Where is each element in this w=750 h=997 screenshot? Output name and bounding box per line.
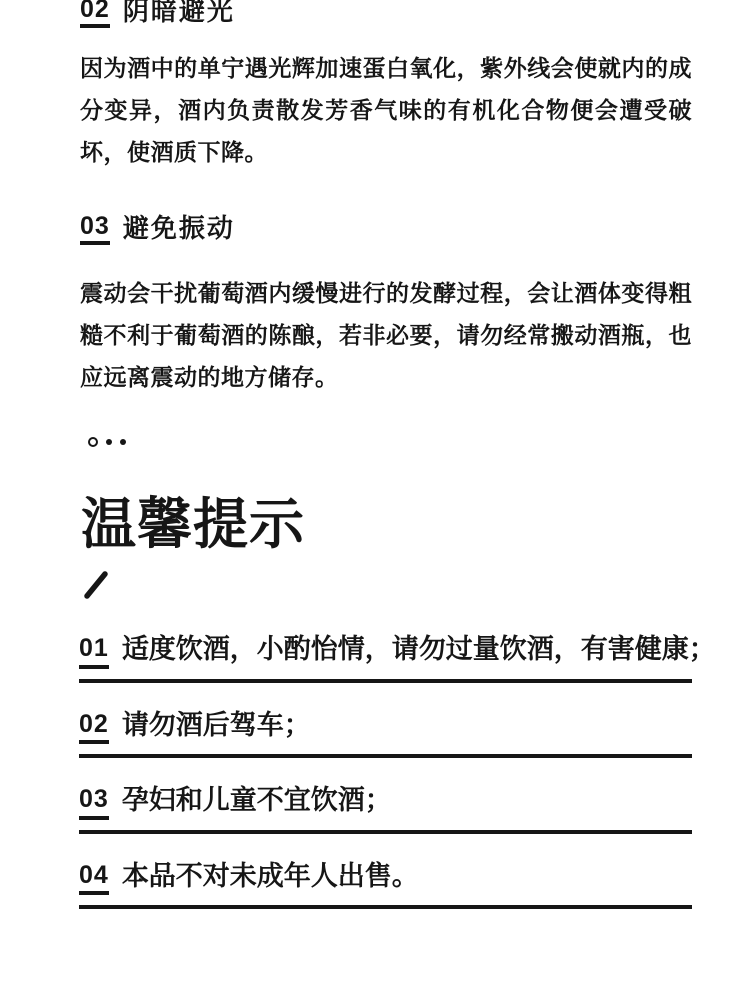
page-title: 温馨提示 xyxy=(81,497,305,552)
section-body-02: 因为酒中的单宁遇光辉加速蛋白氧化，紫外线会使就内的成分变异，酒内负责散发芳香气味… xyxy=(80,47,692,173)
section-title: 避免振动 xyxy=(123,214,235,241)
dot-icon xyxy=(120,439,126,445)
section-heading-03: 03 避免振动 xyxy=(80,214,235,245)
section-body-03: 震动会干扰葡萄酒内缓慢进行的发酵过程，会让酒体变得粗糙不利于葡萄酒的陈酿，若非必… xyxy=(80,272,692,398)
slash-icon xyxy=(83,571,109,599)
ring-icon xyxy=(88,437,98,447)
item-text: 请勿酒后驾车； xyxy=(122,710,311,740)
section-number: 03 xyxy=(80,214,110,245)
item-number: 04 xyxy=(79,862,109,896)
section-number: 02 xyxy=(80,0,110,28)
item-number: 02 xyxy=(79,711,109,745)
item-number: 01 xyxy=(79,635,109,669)
reminder-list: 01 适度饮酒，小酌怡情，请勿过量饮酒，有害健康； 02 请勿酒后驾车； 03 … xyxy=(79,634,692,936)
list-item: 02 请勿酒后驾车； xyxy=(79,710,692,759)
item-text: 本品不对未成年人出售。 xyxy=(122,861,419,891)
section-heading-02: 02 阴暗避光 xyxy=(80,0,235,28)
list-item: 01 适度饮酒，小酌怡情，请勿过量饮酒，有害健康； xyxy=(79,634,692,683)
product-detail-page: 02 阴暗避光 因为酒中的单宁遇光辉加速蛋白氧化，紫外线会使就内的成分变异，酒内… xyxy=(0,0,750,997)
dot-icon xyxy=(106,439,112,445)
list-item: 04 本品不对未成年人出售。 xyxy=(79,861,692,910)
section-title: 阴暗避光 xyxy=(123,0,235,24)
item-text: 适度饮酒，小酌怡情，请勿过量饮酒，有害健康； xyxy=(122,634,716,664)
list-item: 03 孕妇和儿童不宜饮酒； xyxy=(79,785,692,834)
dots-decoration xyxy=(88,437,126,447)
item-number: 03 xyxy=(79,786,109,820)
item-text: 孕妇和儿童不宜饮酒； xyxy=(122,785,392,815)
